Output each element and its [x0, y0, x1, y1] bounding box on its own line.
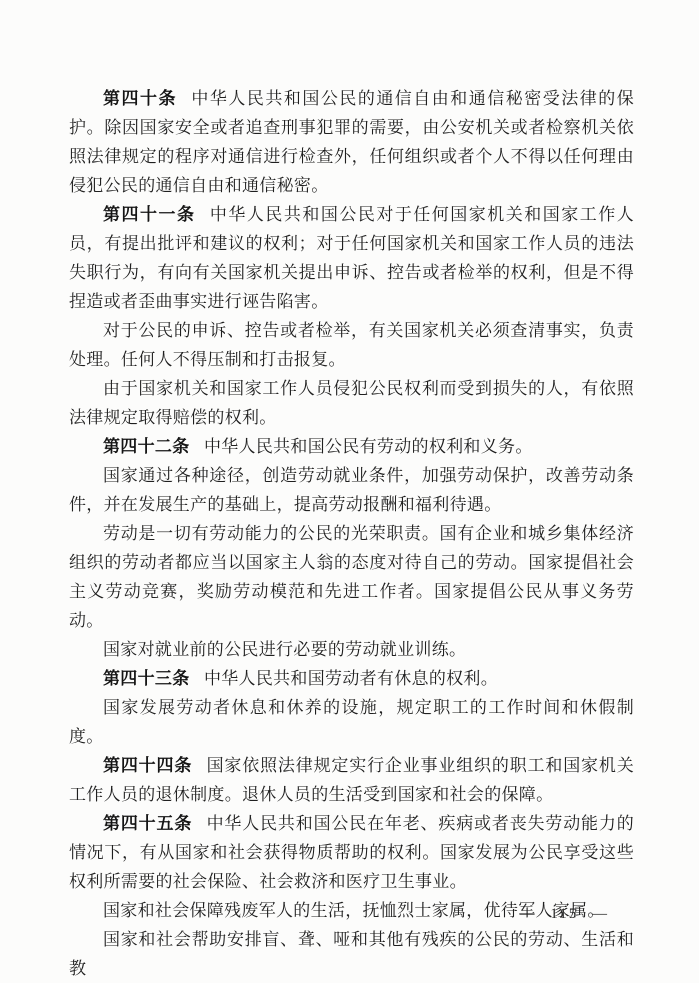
- article-number: 第四十四条: [103, 756, 192, 775]
- article-number: 第四十五条: [103, 814, 192, 833]
- article-paragraph: 第四十条中华人民共和国公民的通信自由和通信秘密受法律的保护。除因国家安全或者追查…: [69, 84, 634, 200]
- page-footer: — 115 —: [520, 906, 609, 923]
- article-paragraph: 第四十一条中华人民共和国公民对于任何国家机关和国家工作人员，有提出批评和建议的权…: [69, 200, 634, 316]
- paragraph-text: 中华人民共和国劳动者有休息的权利。: [204, 669, 498, 688]
- article-number: 第四十三条: [103, 669, 190, 688]
- article-number: 第四十条: [103, 89, 177, 108]
- paragraph-text: 国家通过各种途径，创造劳动就业条件，加强劳动保护，改善劳动条件，并在发展生产的基…: [69, 466, 634, 514]
- paragraph-text: 劳动是一切有劳动能力的公民的光荣职责。国有企业和城乡集体经济组织的劳动者都应当以…: [69, 524, 634, 630]
- document-page: 第四十条中华人民共和国公民的通信自由和通信秘密受法律的保护。除因国家安全或者追查…: [0, 0, 699, 983]
- article-number: 第四十二条: [103, 437, 190, 456]
- body-paragraph: 劳动是一切有劳动能力的公民的光荣职责。国有企业和城乡集体经济组织的劳动者都应当以…: [69, 519, 634, 635]
- page-number: — 115 —: [520, 906, 609, 922]
- paragraph-text: 对于公民的申诉、控告或者检举，有关国家机关必须查清事实，负责处理。任何人不得压制…: [69, 321, 634, 369]
- body-paragraph: 国家对就业前的公民进行必要的劳动就业训练。: [69, 635, 634, 664]
- paragraph-text: 国家发展劳动者休息和休养的设施，规定职工的工作时间和休假制度。: [69, 698, 634, 746]
- paragraph-text: 国家和社会帮助安排盲、聋、哑和其他有残疾的公民的劳动、生活和教: [69, 930, 634, 978]
- body-paragraph: 对于公民的申诉、控告或者检举，有关国家机关必须查清事实，负责处理。任何人不得压制…: [69, 316, 634, 374]
- body-paragraph: 国家通过各种途径，创造劳动就业条件，加强劳动保护，改善劳动条件，并在发展生产的基…: [69, 461, 634, 519]
- paragraph-text: 国家对就业前的公民进行必要的劳动就业训练。: [103, 640, 466, 659]
- article-paragraph: 第四十四条国家依照法律规定实行企业事业组织的职工和国家机关工作人员的退休制度。退…: [69, 751, 634, 809]
- body-paragraph: 国家发展劳动者休息和休养的设施，规定职工的工作时间和休假制度。: [69, 693, 634, 751]
- article-number: 第四十一条: [103, 205, 195, 224]
- paragraph-text: 中华人民共和国公民有劳动的权利和义务。: [204, 437, 533, 456]
- body-paragraph: 国家和社会帮助安排盲、聋、哑和其他有残疾的公民的劳动、生活和教: [69, 925, 634, 983]
- article-paragraph: 第四十三条中华人民共和国劳动者有休息的权利。: [69, 664, 634, 693]
- article-paragraph: 第四十二条中华人民共和国公民有劳动的权利和义务。: [69, 432, 634, 461]
- paragraph-text: 由于国家机关和国家工作人员侵犯公民权利而受到损失的人，有依照法律规定取得赔偿的权…: [69, 379, 634, 427]
- article-paragraph: 第四十五条中华人民共和国公民在年老、疾病或者丧失劳动能力的情况下，有从国家和社会…: [69, 809, 634, 896]
- body-paragraph: 由于国家机关和国家工作人员侵犯公民权利而受到损失的人，有依照法律规定取得赔偿的权…: [69, 374, 634, 432]
- document-body: 第四十条中华人民共和国公民的通信自由和通信秘密受法律的保护。除因国家安全或者追查…: [69, 84, 634, 983]
